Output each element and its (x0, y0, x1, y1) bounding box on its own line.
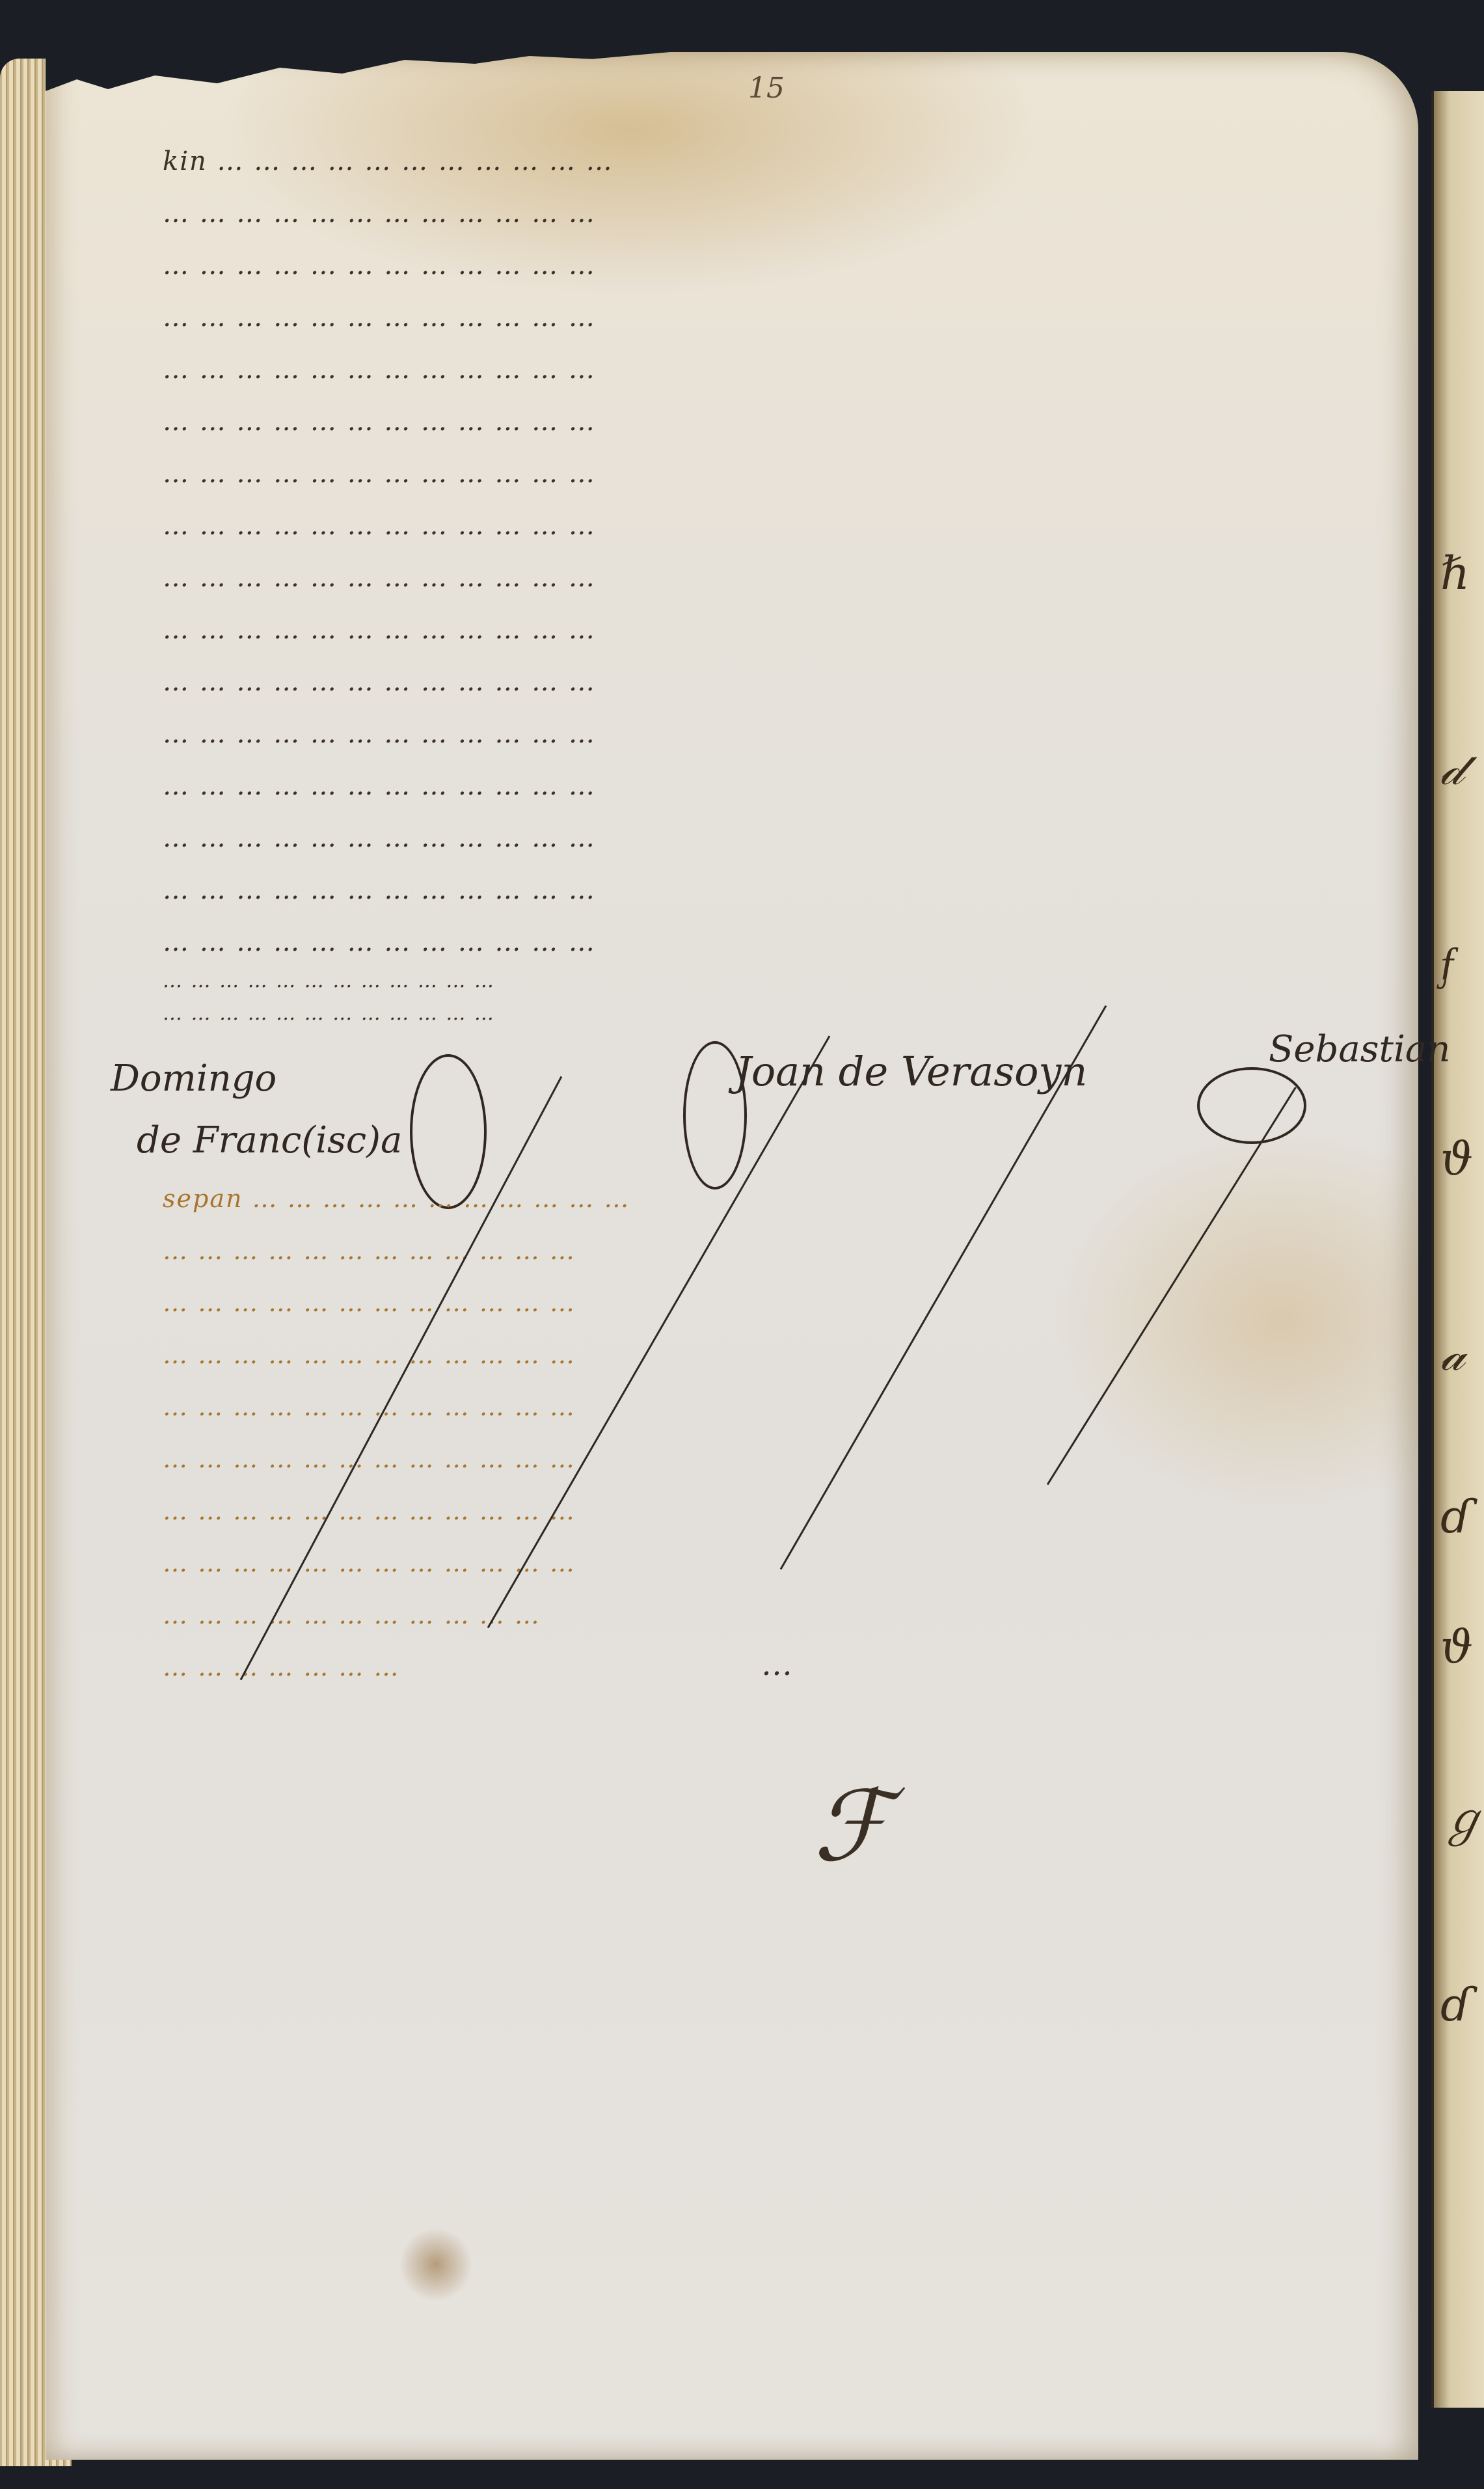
closing-signature: … (761, 1646, 792, 1683)
ms-line: … … … … … … … … … … … … (163, 1002, 495, 1025)
facing-page-glyph: ℏ (1440, 547, 1470, 600)
facing-page-edge: ℏ 𝒹 ᶂ ϑ 𝒶 ɗ ϑ ℊ ɗ (1431, 91, 1484, 2408)
cancellation-stroke (487, 1035, 831, 1628)
notarial-paraph: ℱ (813, 1770, 890, 1883)
ms-line: … … … … … … … … … … … … (163, 407, 596, 437)
ms-line: … … … … … … … … … … … … (163, 198, 596, 228)
signature-verasoyn: Joan de Verasoyn (735, 1048, 1087, 1095)
ms-line: … … … … … … … … … … … … (163, 1393, 576, 1421)
ms-line: … … … … … … … … … … … … (163, 251, 596, 280)
ms-line: … … … … … … … … … … … … (163, 1236, 576, 1265)
facing-page-glyph: ᶂ (1440, 937, 1457, 991)
ms-line: … … … … … … … … … … … … (163, 615, 596, 645)
cancellation-stroke (1047, 1087, 1297, 1485)
ms-line: … … … … … … … … … … … … (163, 1340, 576, 1369)
cancellation-stroke (240, 1076, 563, 1681)
torn-edge (46, 52, 826, 91)
ms-line: … … … … … … … … … … … … (163, 563, 596, 593)
ms-line: … … … … … … … … … … … … (163, 719, 596, 749)
ms-line: … … … … … … … … … … … … (163, 771, 596, 801)
ms-line: … … … … … … … … … … … … (163, 927, 596, 957)
ms-line: … … … … … … … … … … … … (163, 970, 495, 992)
ms-line: … … … … … … … … … … … … (163, 667, 596, 697)
ms-line: … … … … … … … … … … … … (163, 303, 596, 333)
facing-page-glyph: 𝒹 (1440, 742, 1463, 796)
ms-line: kin … … … … … … … … … … … (163, 146, 614, 176)
signature-flourish (683, 1041, 747, 1190)
facing-page-glyph: 𝒶 (1440, 1327, 1465, 1381)
ms-line: … … … … … … … … … … … … (163, 511, 596, 541)
ms-line: … … … … … … … … … … … … (163, 459, 596, 489)
facing-page-glyph: ɗ (1440, 1490, 1472, 1544)
signature-flourish (1197, 1067, 1306, 1144)
ms-line: … … … … … … … … … … … … (163, 875, 596, 905)
ms-line: … … … … … … … … … … … … (163, 355, 596, 385)
ms-line: … … … … … … … … … … … … (163, 1549, 576, 1577)
facing-page-glyph: ɗ (1440, 1978, 1472, 2032)
facing-page-glyph: ϑ (1440, 1620, 1473, 1674)
ms-line: … … … … … … … … … … … … (163, 1497, 576, 1525)
signature-domingo: Domingo (111, 1057, 277, 1100)
folio-number: 15 (748, 72, 785, 105)
ms-line: … … … … … … … … … … … (163, 1601, 541, 1629)
ms-line: … … … … … … … (163, 1653, 399, 1681)
ms-line: … … … … … … … … … … … … (163, 1445, 576, 1473)
signature-sebastian: Sebastian (1269, 1028, 1450, 1070)
ms-line: … … … … … … … … … … … … (163, 823, 596, 853)
ms-line: sepan … … … … … … … … … … … (163, 1184, 630, 1213)
facing-page-glyph: ϑ (1440, 1132, 1473, 1186)
signature-francisca: de Franc(isc)a (137, 1119, 402, 1162)
facing-page-glyph: ℊ (1440, 1783, 1484, 1849)
manuscript-page: 15 kin … … … … … … … … … … … … … … … … …… (46, 52, 1418, 2460)
ms-line: … … … … … … … … … … … … (163, 1288, 576, 1317)
